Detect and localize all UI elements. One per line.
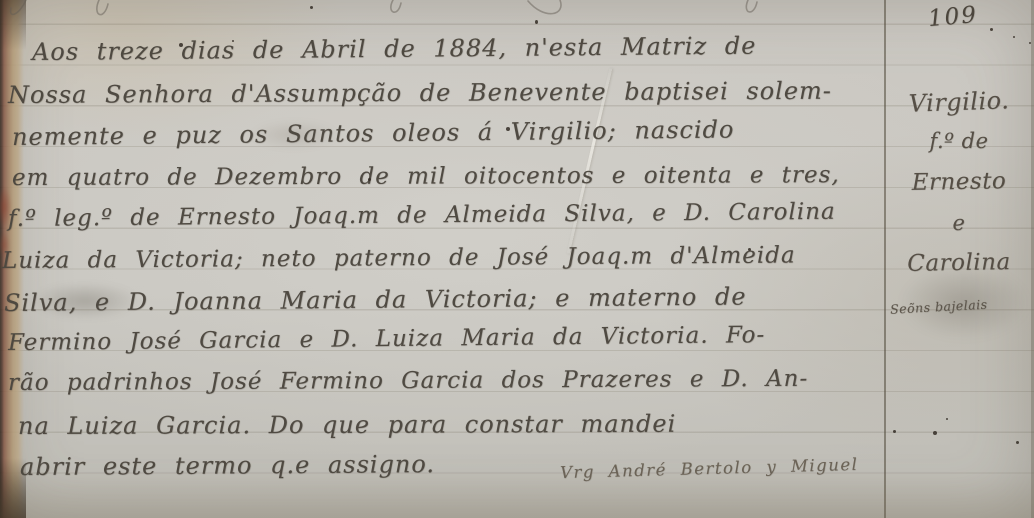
record-line: Nossa Senhora d'Assumpção de Benevente b… xyxy=(8,77,832,109)
margin-father-name: Ernesto xyxy=(886,168,1032,197)
ink-speck xyxy=(179,43,183,47)
ink-speck xyxy=(946,418,948,420)
margin-mother-name: Carolina xyxy=(886,249,1032,278)
ink-speck xyxy=(1029,42,1031,44)
ink-speck xyxy=(1013,36,1015,38)
ink-speck xyxy=(1016,441,1019,444)
ink-speck xyxy=(933,431,937,435)
ink-speck xyxy=(893,430,896,433)
scanned-baptism-register-page: Aos treze dias de Abril de 1884, n'esta … xyxy=(0,0,1034,518)
ink-speck xyxy=(535,20,538,24)
record-number: 109 xyxy=(927,2,979,32)
margin-child-name: Virgilio. xyxy=(886,85,1033,118)
margin-conjunction: e xyxy=(886,211,1032,235)
ink-speck xyxy=(368,178,371,181)
ink-speck xyxy=(748,248,751,251)
record-line: rão padrinhos José Fermino Garcia dos Pr… xyxy=(8,366,808,396)
record-line: em quatro de Dezembro de mil oitocentos … xyxy=(12,162,840,191)
margin-filiation-abbrev: f.º de xyxy=(886,129,1032,153)
record-line: abrir este termo q.e assigno. xyxy=(20,450,435,481)
ink-speck xyxy=(310,6,313,9)
ink-speck xyxy=(232,40,234,42)
record-line: Luiza da Victoria; neto paterno de José … xyxy=(2,242,796,274)
record-line: na Luiza Garcia. Do que para constar man… xyxy=(18,410,676,440)
binding-shadow-top xyxy=(0,0,26,50)
ink-speck xyxy=(990,28,993,31)
ink-speck xyxy=(506,127,510,131)
